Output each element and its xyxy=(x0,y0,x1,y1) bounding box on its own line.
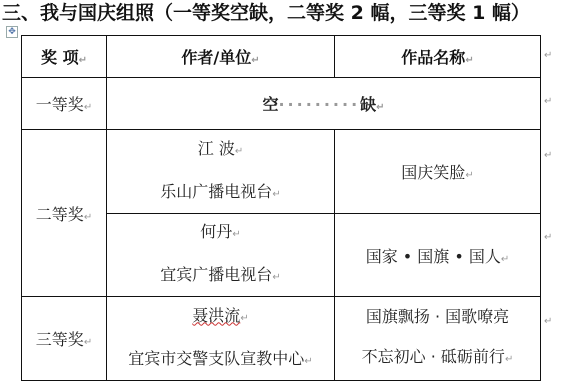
header-author-unit: 作者/单位↵ xyxy=(107,36,335,78)
header-work-title: 作品名称↵ xyxy=(335,36,541,78)
row-end-mark: ↵ xyxy=(544,150,552,161)
author-unit-cell: 何丹↵ 宜宾广播电视台↵ xyxy=(107,214,335,297)
row-end-mark: ↵ xyxy=(544,96,552,107)
work-title-cell: 国旗飘扬 · 国歌嘹亮 不忘初心 · 砥砺前行↵ xyxy=(335,297,541,381)
author-unit-cell: 聂洪流↵ 宜宾市交警支队宣教中心↵ xyxy=(107,297,335,381)
author-unit-cell: 江 波↵ 乐山广播电视台↵ xyxy=(107,130,335,214)
table-header-row: 奖 项↵ 作者/单位↵ 作品名称↵ xyxy=(22,36,541,78)
section-title: 三、我与国庆组照（一等奖空缺，二等奖 2 幅，三等奖 1 幅） xyxy=(2,0,530,26)
table-row: 一等奖↵ 空·········缺↵ xyxy=(22,78,541,130)
award-cell: 二等奖↵ xyxy=(22,130,107,297)
work-title-cell: 国庆笑脸↵ xyxy=(335,130,541,214)
vacant-cell: 空·········缺↵ xyxy=(107,78,541,130)
row-end-mark: ↵ xyxy=(544,50,552,61)
award-cell: 一等奖↵ xyxy=(22,78,107,130)
table-move-handle-icon[interactable]: ✥ xyxy=(6,26,18,38)
work-title-cell: 国家 • 国旗 • 国人↵ xyxy=(335,214,541,297)
awards-table: 奖 项↵ 作者/单位↵ 作品名称↵ 一等奖↵ 空·········缺↵ 二等奖↵… xyxy=(21,35,541,381)
header-award: 奖 项↵ xyxy=(22,36,107,78)
row-end-mark: ↵ xyxy=(544,316,552,327)
table-row: 二等奖↵ 江 波↵ 乐山广播电视台↵ 国庆笑脸↵ xyxy=(22,130,541,214)
row-end-mark: ↵ xyxy=(544,232,552,243)
award-cell: 三等奖↵ xyxy=(22,297,107,381)
table-row: 三等奖↵ 聂洪流↵ 宜宾市交警支队宣教中心↵ 国旗飘扬 · 国歌嘹亮 不忘初心 … xyxy=(22,297,541,381)
